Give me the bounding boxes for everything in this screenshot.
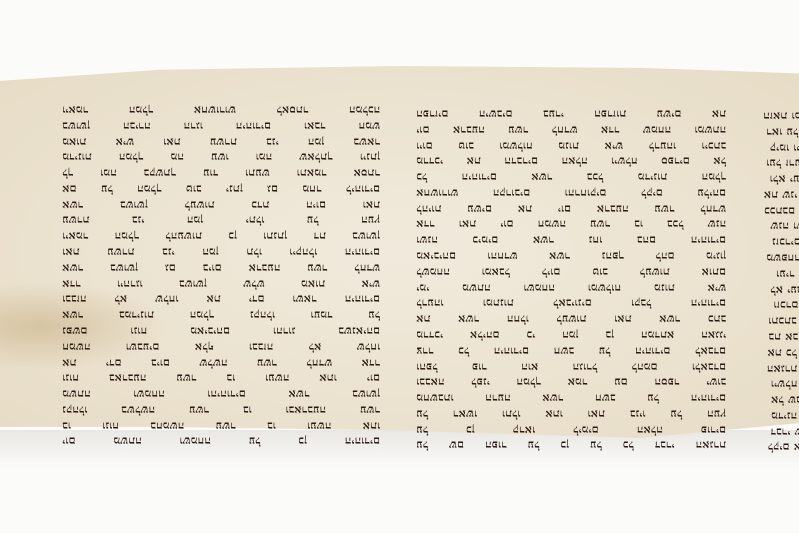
- scroll-text-line: והפל פור הוא הגורל להמם ולאבדם: [416, 361, 726, 374]
- scroll-text-line: אדר ויהרגו בשושן שלש מאות איש: [62, 278, 380, 291]
- scroll-text-line: לך ומה בקשתך עוד ותעש ותאמר אסתר: [62, 167, 380, 180]
- scroll-text-line: אחשורוש הקרובים והרחוקים לקים עליהם: [416, 187, 726, 200]
- scroll-text-line: עשרת בני המן יתלו על העץ: [62, 214, 380, 227]
- scroll-text-line: ויאמר המלך אחשורוש לאסתר המלכה: [62, 104, 380, 117]
- scroll-text-line: הפרזים הישבים בערי הפרזות עשים את: [416, 108, 726, 121]
- scroll-text-line: דברי של: [738, 426, 799, 439]
- scroll-text-line: בת אביח: [738, 331, 799, 344]
- scroll-text-line: לשמחה ומאבל ליום טוב לעשות אותם: [416, 266, 726, 279]
- text-column-middle: הפרזים הישבים בערי הפרזות עשים אתיום ארב…: [416, 108, 726, 452]
- scroll-text-line: ותכתב א: [738, 315, 799, 328]
- scroll-text-line: מרדכי אליהם כי המן בן המדתא האגגי: [416, 329, 726, 342]
- scroll-text-line: ונוח בארבעה עשר בו ועשה אתו יום: [62, 372, 380, 385]
- scroll-text-line: מאיביהם והחדש אשר נהפך להם מיגון: [416, 250, 726, 263]
- scroll-text-line: את ידם ביום שלשה עשר לחדש אדר: [62, 357, 380, 370]
- scroll-text-line: ימי משתה ושמחה ומשלוח מנות איש: [416, 282, 726, 295]
- scroll-text-line: ושנה כימים אשר נחו בהם היהודים: [416, 234, 726, 247]
- scroll-text-line: ובבאה לפני המלך אמר עם הספר ישוב: [416, 376, 726, 389]
- scroll-text-line: אשר במדינות המלך נקהלו ועמד על: [62, 309, 380, 322]
- scroll-text-line: על שם הפור על כן על כל דברי האגרת: [416, 439, 726, 452]
- text-column-left: ויאמר המלך אחשורוש לאסתר המלכהבשושן הביר…: [62, 104, 380, 448]
- scroll-text-line: יום משתה ושמחה על כן היהודים: [62, 435, 380, 448]
- scroll-text-line: יום ארבעה עשר לחדש אדר שמחה ומשתה: [416, 124, 726, 137]
- scroll-text-line: כל היהודים אשר בכל מדינות המלך: [416, 171, 726, 184]
- scroll-text-line: וישלח ס: [738, 378, 799, 391]
- scroll-text-line: ויאמר המלך להעשות כן ותנתן דת בשושן: [62, 230, 380, 243]
- scroll-text-line: מרדכי את הדברים האלה וישלח ספרים אל: [416, 155, 726, 168]
- scroll-text-line: מאות איש ואת עשרת בני המן בשאר: [62, 136, 380, 149]
- scroll-text-line: אל שבע: [738, 394, 799, 407]
- scroll-text-line: מדינות המלך מה עשו ומה שאלתך וינתן: [62, 151, 380, 164]
- scroll-text-line: שנה ושנ: [738, 220, 799, 233]
- scroll-text-line: ויום טוב ומשלוח מנות איש לרעהו ויכתב: [416, 140, 726, 153]
- scroll-text-line: את אשר החלו לעשות ואת אשר כתב: [416, 313, 726, 326]
- scroll-text-line: על כן קראו לימים האלה פורים: [416, 424, 726, 437]
- scroll-text-line: לא יעבר: [738, 284, 799, 297]
- scroll-text-line: משפחה ו: [738, 252, 799, 265]
- scroll-text-line: נזכרים ו: [738, 236, 799, 249]
- scroll-text-line: את שני ה: [738, 189, 799, 202]
- scroll-text-line: נקהלו בשלשה עשר בו ובארבעה עשר: [62, 404, 380, 417]
- scroll-text-line: נפשם ונוח מאיביהם והרוג בשנאיהם: [62, 325, 380, 338]
- scroll-text-line: ככתבם וכ: [738, 205, 799, 218]
- scroll-text-line: אשר בשושן גם ביום ארבעה עשר לחדש: [62, 262, 380, 275]
- scroll-text-line: ולא יעבו: [738, 173, 799, 186]
- photo-scene: ויאמר המלך אחשורוש לאסתר המלכהבשושן הביר…: [0, 0, 799, 533]
- scroll-text-line: ועל זרעם: [738, 157, 799, 170]
- scroll-text-line: לרעהו ומתנות לאביונים וקבל היהודים: [416, 297, 726, 310]
- scroll-text-line: להיות עשים את יום ארבעה עשר לחדש: [416, 203, 726, 216]
- scroll-text-line: אדר ואת יום חמשה עשר בו בכל שנה: [416, 218, 726, 231]
- scroll-text-line: וזכרם ל: [738, 299, 799, 312]
- scroll-text-line: בו ונוח בחמשה עשר בו ועשה אתו: [62, 420, 380, 433]
- scroll-text-line: את כל ת: [738, 347, 799, 360]
- scroll-text-line: ובבזה לא שלחו את ידם ושאר היהודים: [62, 293, 380, 306]
- scroll-text-line: צרר כל היהודים חשב על היהודים לאבדם: [416, 345, 726, 358]
- scroll-text-line: הזאת ומה: [738, 110, 799, 123]
- scroll-text-line: מדינה מ: [738, 410, 799, 423]
- scroll-text-line: קימו וקב: [738, 142, 799, 155]
- scroll-text-line: האגרת ה: [738, 363, 799, 376]
- scroll-text-line: אם על המלך טוב ינתן גם מחר ליהודים: [62, 183, 380, 196]
- scroll-text-line: אשר בשושן לעשות כדת היום ואת: [62, 199, 380, 212]
- scroll-text-line: משתה ושמחה והיהודים אשר בשושן: [62, 388, 380, 401]
- scroll-text-line: חמשה ושבעים אלף ובבזה לא שלחו: [62, 341, 380, 354]
- scroll-text-line: ועיר ויו: [738, 268, 799, 281]
- scroll-text-line: על ראשו ותלו אתו ואת בניו על העץ: [416, 408, 726, 421]
- scroll-text-line: לקים את: [738, 441, 799, 454]
- scroll-text-line: ראו על כ: [738, 126, 799, 139]
- scroll-text-line: ואת עשרת בני המן תלו ויקהלו היהודים: [62, 246, 380, 259]
- text-column-right-partial: הזאת ומהראו על כקימו וקבועל זרעםולא יעבו…: [738, 110, 799, 454]
- scroll-text-line: בשושן הבירה הרגו היהודים ואבד חמש: [62, 120, 380, 133]
- scroll-text-line: מחשבתו הרעה אשר חשב על היהודים: [416, 392, 726, 405]
